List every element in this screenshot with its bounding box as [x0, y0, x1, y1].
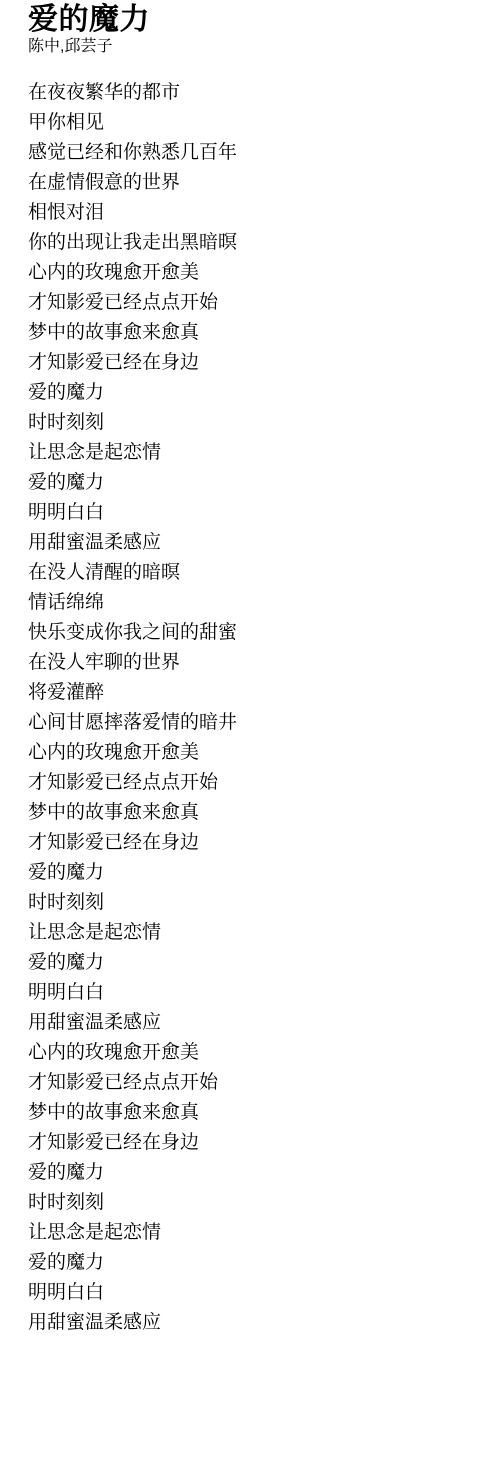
lyric-line: 在虚情假意的世界 [28, 168, 480, 198]
lyric-line: 用甜蜜温柔感应 [28, 1008, 480, 1038]
lyric-line: 让思念是起恋情 [28, 438, 480, 468]
lyric-line: 梦中的故事愈来愈真 [28, 1098, 480, 1128]
lyric-line: 爱的魔力 [28, 948, 480, 978]
lyric-line: 时时刻刻 [28, 408, 480, 438]
song-artists: 陈中,邱芸子 [28, 37, 480, 56]
lyric-line: 将爱灌醉 [28, 678, 480, 708]
lyric-line: 情话绵绵 [28, 588, 480, 618]
lyric-line: 明明白白 [28, 1278, 480, 1308]
lyric-line: 你的出现让我走出黑暗暝 [28, 228, 480, 258]
lyrics-page: 爱的魔力 陈中,邱芸子 在夜夜繁华的都市甲你相见感觉已经和你熟悉几百年在虚情假意… [0, 0, 500, 1480]
lyric-line: 在没人牢聊的世界 [28, 648, 480, 678]
lyric-line: 在没人清醒的暗暝 [28, 558, 480, 588]
lyric-line: 才知影爱已经在身边 [28, 1128, 480, 1158]
lyric-line: 用甜蜜温柔感应 [28, 528, 480, 558]
lyric-line: 用甜蜜温柔感应 [28, 1308, 480, 1338]
lyric-line: 爱的魔力 [28, 1248, 480, 1278]
lyric-line: 心内的玫瑰愈开愈美 [28, 738, 480, 768]
lyric-line: 才知影爱已经点点开始 [28, 768, 480, 798]
lyric-line: 才知影爱已经在身边 [28, 828, 480, 858]
lyric-line: 明明白白 [28, 978, 480, 1008]
lyric-line: 明明白白 [28, 498, 480, 528]
lyric-line: 时时刻刻 [28, 888, 480, 918]
lyric-line: 心内的玫瑰愈开愈美 [28, 258, 480, 288]
lyric-line: 相恨对泪 [28, 198, 480, 228]
lyric-line: 梦中的故事愈来愈真 [28, 798, 480, 828]
lyric-line: 才知影爱已经点点开始 [28, 288, 480, 318]
lyric-line: 在夜夜繁华的都市 [28, 78, 480, 108]
lyric-line: 时时刻刻 [28, 1188, 480, 1218]
lyrics-list: 在夜夜繁华的都市甲你相见感觉已经和你熟悉几百年在虚情假意的世界相恨对泪你的出现让… [28, 78, 480, 1338]
lyric-line: 感觉已经和你熟悉几百年 [28, 138, 480, 168]
lyric-line: 爱的魔力 [28, 1158, 480, 1188]
lyric-line: 心内的玫瑰愈开愈美 [28, 1038, 480, 1068]
song-title: 爱的魔力 [28, 3, 480, 37]
lyric-line: 才知影爱已经点点开始 [28, 1068, 480, 1098]
lyric-line: 爱的魔力 [28, 858, 480, 888]
lyric-line: 让思念是起恋情 [28, 1218, 480, 1248]
lyric-line: 梦中的故事愈来愈真 [28, 318, 480, 348]
lyric-line: 心间甘愿摔落爱情的暗井 [28, 708, 480, 738]
lyric-line: 爱的魔力 [28, 378, 480, 408]
lyric-line: 爱的魔力 [28, 468, 480, 498]
lyric-line: 快乐变成你我之间的甜蜜 [28, 618, 480, 648]
lyric-line: 甲你相见 [28, 108, 480, 138]
lyric-line: 才知影爱已经在身边 [28, 348, 480, 378]
lyric-line: 让思念是起恋情 [28, 918, 480, 948]
